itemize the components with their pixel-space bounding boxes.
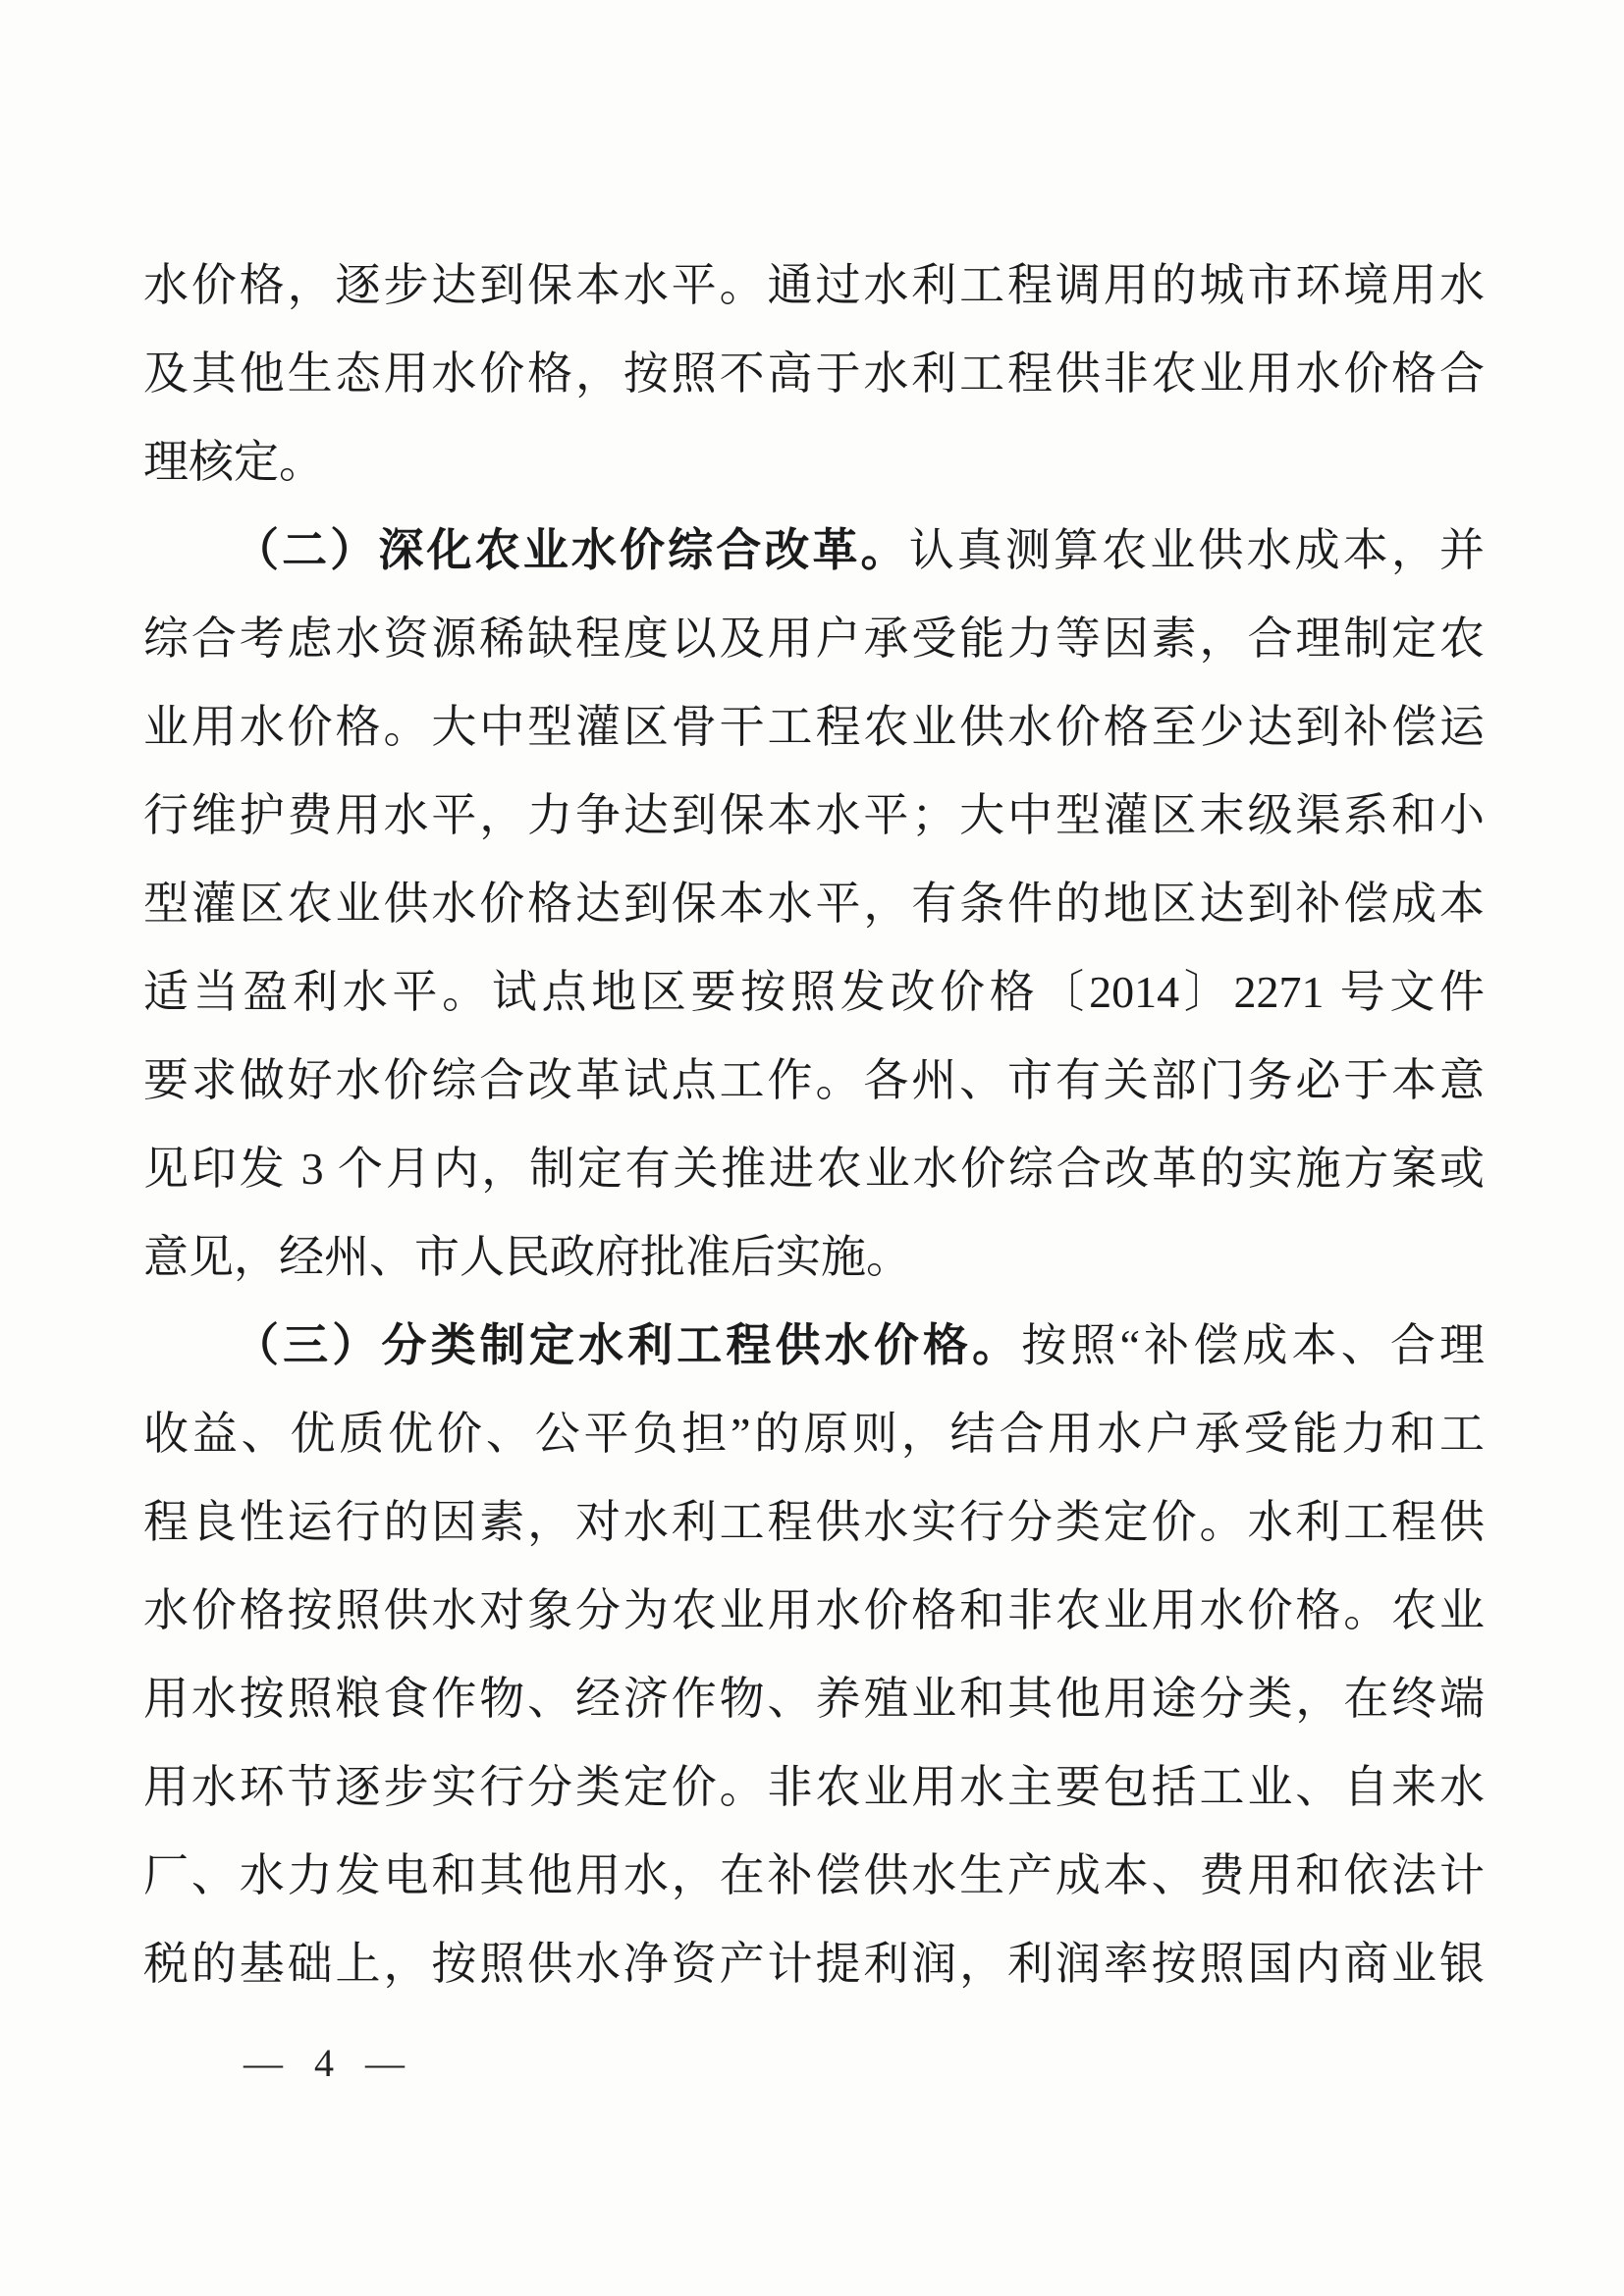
- text-line: 厂、水力发电和其他用水，在补偿供水生产成本、费用和依法计: [143, 1832, 1485, 1920]
- body-text: 意见，经州、市人民政府批准后实施。: [143, 1232, 911, 1282]
- text-line: 水价格按照供水对象分为农业用水价格和非农业用水价格。农业: [143, 1567, 1485, 1655]
- body-text: 业用水价格。大中型灌区骨干工程农业供水价格至少达到补偿运: [143, 702, 1485, 752]
- paragraph-lead-text: （二）深化农业水价综合改革。: [234, 525, 909, 575]
- body-text: 水价格按照供水对象分为农业用水价格和非农业用水价格。农业: [143, 1585, 1485, 1635]
- body-text: 厂、水力发电和其他用水，在补偿供水生产成本、费用和依法计: [143, 1850, 1485, 1900]
- paragraph-lead-text: （三）分类制定水利工程供水价格。: [234, 1320, 1021, 1370]
- text-line: 行维护费用水平，力争达到保本水平；大中型灌区末级渠系和小: [143, 772, 1485, 860]
- text-line: 型灌区农业供水价格达到保本水平，有条件的地区达到补偿成本: [143, 860, 1485, 948]
- body-text: 及其他生态用水价格，按照不高于水利工程供非农业用水价格合: [143, 348, 1485, 399]
- text-line: 用水按照粮食作物、经济作物、养殖业和其他用途分类，在终端: [143, 1655, 1485, 1743]
- document-body: 水价格，逐步达到保本水平。通过水利工程调用的城市环境用水及其他生态用水价格，按照…: [143, 241, 1485, 2008]
- body-text: 程良性运行的因素，对水利工程供水实行分类定价。水利工程供: [143, 1497, 1485, 1547]
- body-text: 综合考虑水资源稀缺程度以及用户承受能力等因素，合理制定农: [143, 614, 1485, 664]
- text-line: 意见，经州、市人民政府批准后实施。: [143, 1213, 1485, 1302]
- body-text: 水价格，逐步达到保本水平。通过水利工程调用的城市环境用水: [143, 260, 1485, 310]
- document-page: 水价格，逐步达到保本水平。通过水利工程调用的城市环境用水及其他生态用水价格，按照…: [0, 0, 1624, 2296]
- body-text: 要求做好水价综合改革试点工作。各州、市有关部门务必于本意: [143, 1055, 1485, 1105]
- body-text: 适当盈利水平。试点地区要按照发改价格〔2014〕2271 号文件: [143, 967, 1485, 1017]
- text-line: 水价格，逐步达到保本水平。通过水利工程调用的城市环境用水: [143, 241, 1485, 330]
- text-line: 适当盈利水平。试点地区要按照发改价格〔2014〕2271 号文件: [143, 948, 1485, 1037]
- body-text: 理核定。: [143, 437, 324, 487]
- text-line: 用水环节逐步实行分类定价。非农业用水主要包括工业、自来水: [143, 1743, 1485, 1832]
- body-text: 按照“补偿成本、合理: [1021, 1320, 1485, 1370]
- body-text: 税的基础上，按照供水净资产计提利润，利润率按照国内商业银: [143, 1939, 1485, 1989]
- body-text: 收益、优质优价、公平负担”的原则，结合用水户承受能力和工: [143, 1409, 1485, 1459]
- text-line: 要求做好水价综合改革试点工作。各州、市有关部门务必于本意: [143, 1037, 1485, 1125]
- text-line: （三）分类制定水利工程供水价格。按照“补偿成本、合理: [143, 1302, 1485, 1390]
- text-line: 理核定。: [143, 418, 1485, 507]
- body-text: 行维护费用水平，力争达到保本水平；大中型灌区末级渠系和小: [143, 790, 1485, 840]
- body-text: 见印发 3 个月内，制定有关推进农业水价综合改革的实施方案或: [143, 1144, 1485, 1194]
- text-line: 收益、优质优价、公平负担”的原则，结合用水户承受能力和工: [143, 1390, 1485, 1478]
- text-line: 程良性运行的因素，对水利工程供水实行分类定价。水利工程供: [143, 1478, 1485, 1567]
- body-text: 用水环节逐步实行分类定价。非农业用水主要包括工业、自来水: [143, 1762, 1485, 1812]
- text-line: 见印发 3 个月内，制定有关推进农业水价综合改革的实施方案或: [143, 1125, 1485, 1213]
- page-number: — 4 —: [244, 2040, 405, 2087]
- text-line: （二）深化农业水价综合改革。认真测算农业供水成本，并: [143, 507, 1485, 595]
- text-line: 及其他生态用水价格，按照不高于水利工程供非农业用水价格合: [143, 330, 1485, 418]
- text-line: 业用水价格。大中型灌区骨干工程农业供水价格至少达到补偿运: [143, 683, 1485, 772]
- text-line: 税的基础上，按照供水净资产计提利润，利润率按照国内商业银: [143, 1920, 1485, 2008]
- body-text: 型灌区农业供水价格达到保本水平，有条件的地区达到补偿成本: [143, 879, 1485, 929]
- text-line: 综合考虑水资源稀缺程度以及用户承受能力等因素，合理制定农: [143, 595, 1485, 683]
- body-text: 认真测算农业供水成本，并: [909, 525, 1485, 575]
- body-text: 用水按照粮食作物、经济作物、养殖业和其他用途分类，在终端: [143, 1674, 1485, 1724]
